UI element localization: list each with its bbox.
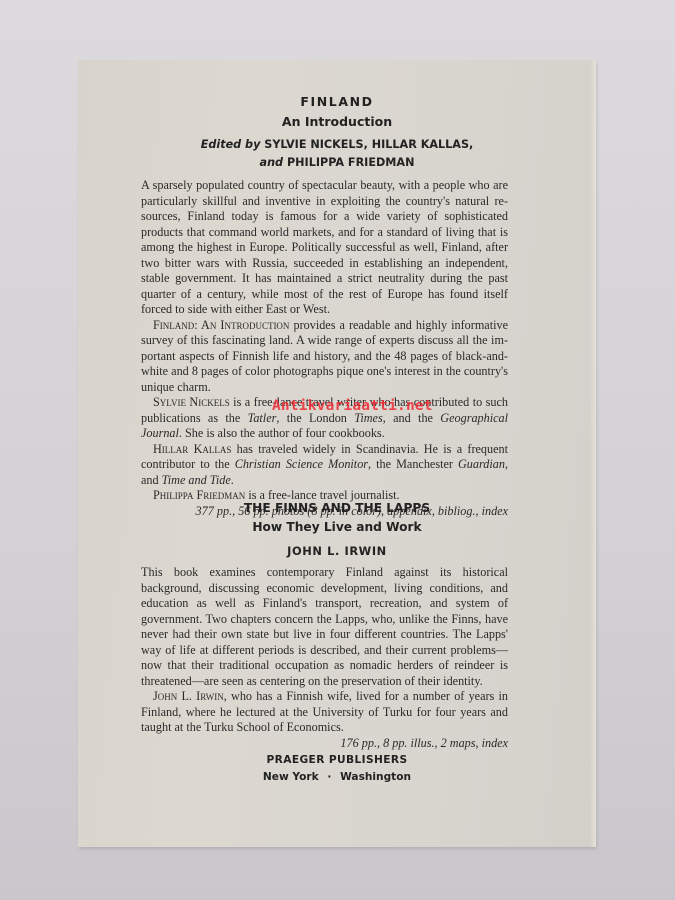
book1-overview: Finland: An Introduction provides a read…: [141, 318, 508, 396]
editors-and: and: [260, 156, 284, 169]
book2-subtitle: How They Live and Work: [78, 520, 596, 534]
book1-description: A sparsely populated country of spectacu…: [141, 178, 508, 318]
editors-prefix: Edited by: [201, 138, 261, 151]
book1-editors-line2: and PHILIPPA FRIEDMAN: [78, 156, 596, 169]
book2-author: JOHN L. IRWIN: [78, 544, 596, 558]
bio-text: , the Manchester: [368, 457, 458, 471]
book1-bio-kallas: Hillar Kallas has traveled widely in Sca…: [141, 442, 508, 489]
publication-title: Guardian: [458, 457, 505, 471]
publication-title: Time and Tide: [162, 473, 231, 487]
book1-title: FINLAND: [78, 94, 596, 109]
overview-title: Finland: An Introduction: [153, 318, 289, 332]
book1-editors-line1: Edited by SYLVIE NICKELS, HILLAR KALLAS,: [78, 138, 596, 151]
bio-text: is a free-lance travel journalist.: [245, 488, 399, 502]
bio-text: . She is also the author of four cookboo…: [179, 426, 385, 440]
city-new-york: New York: [263, 771, 319, 783]
bio-name: Sylvie Nickels: [153, 395, 230, 409]
book2-specs: 176 pp., 8 pp. illus., 2 maps, index: [141, 736, 508, 752]
publisher-cities: New York · Washington: [78, 771, 596, 783]
bio-name: Philippa Friedman: [153, 488, 245, 502]
publisher-name: PRAEGER PUBLISHERS: [78, 754, 596, 766]
book2-description: This book examines contemporary Finland …: [141, 565, 508, 689]
publication-title: Christian Science Monitor: [235, 457, 368, 471]
bio-name: John L. Irwin: [153, 689, 224, 703]
city-washington: Washington: [340, 771, 411, 783]
book2-bio-irwin: John L. Irwin, who has a Finnish wife, l…: [141, 689, 508, 736]
editors-names-2: PHILIPPA FRIEDMAN: [287, 156, 414, 169]
book1-body: A sparsely populated country of spectacu…: [141, 178, 508, 519]
city-separator: ·: [327, 771, 331, 783]
book-back-cover: FINLAND An Introduction Edited by SYLVIE…: [78, 60, 596, 847]
bio-name: Hillar Kallas: [153, 442, 231, 456]
watermark-text: Antikvariaatti.net: [272, 398, 433, 414]
bio-text: .: [231, 473, 234, 487]
book2-title: THE FINNS AND THE LAPPS: [78, 501, 596, 515]
book1-subtitle: An Introduction: [78, 114, 596, 129]
editors-names-1: SYLVIE NICKELS, HILLAR KALLAS,: [264, 138, 473, 151]
book2-body: This book examines contemporary Finland …: [141, 565, 508, 751]
